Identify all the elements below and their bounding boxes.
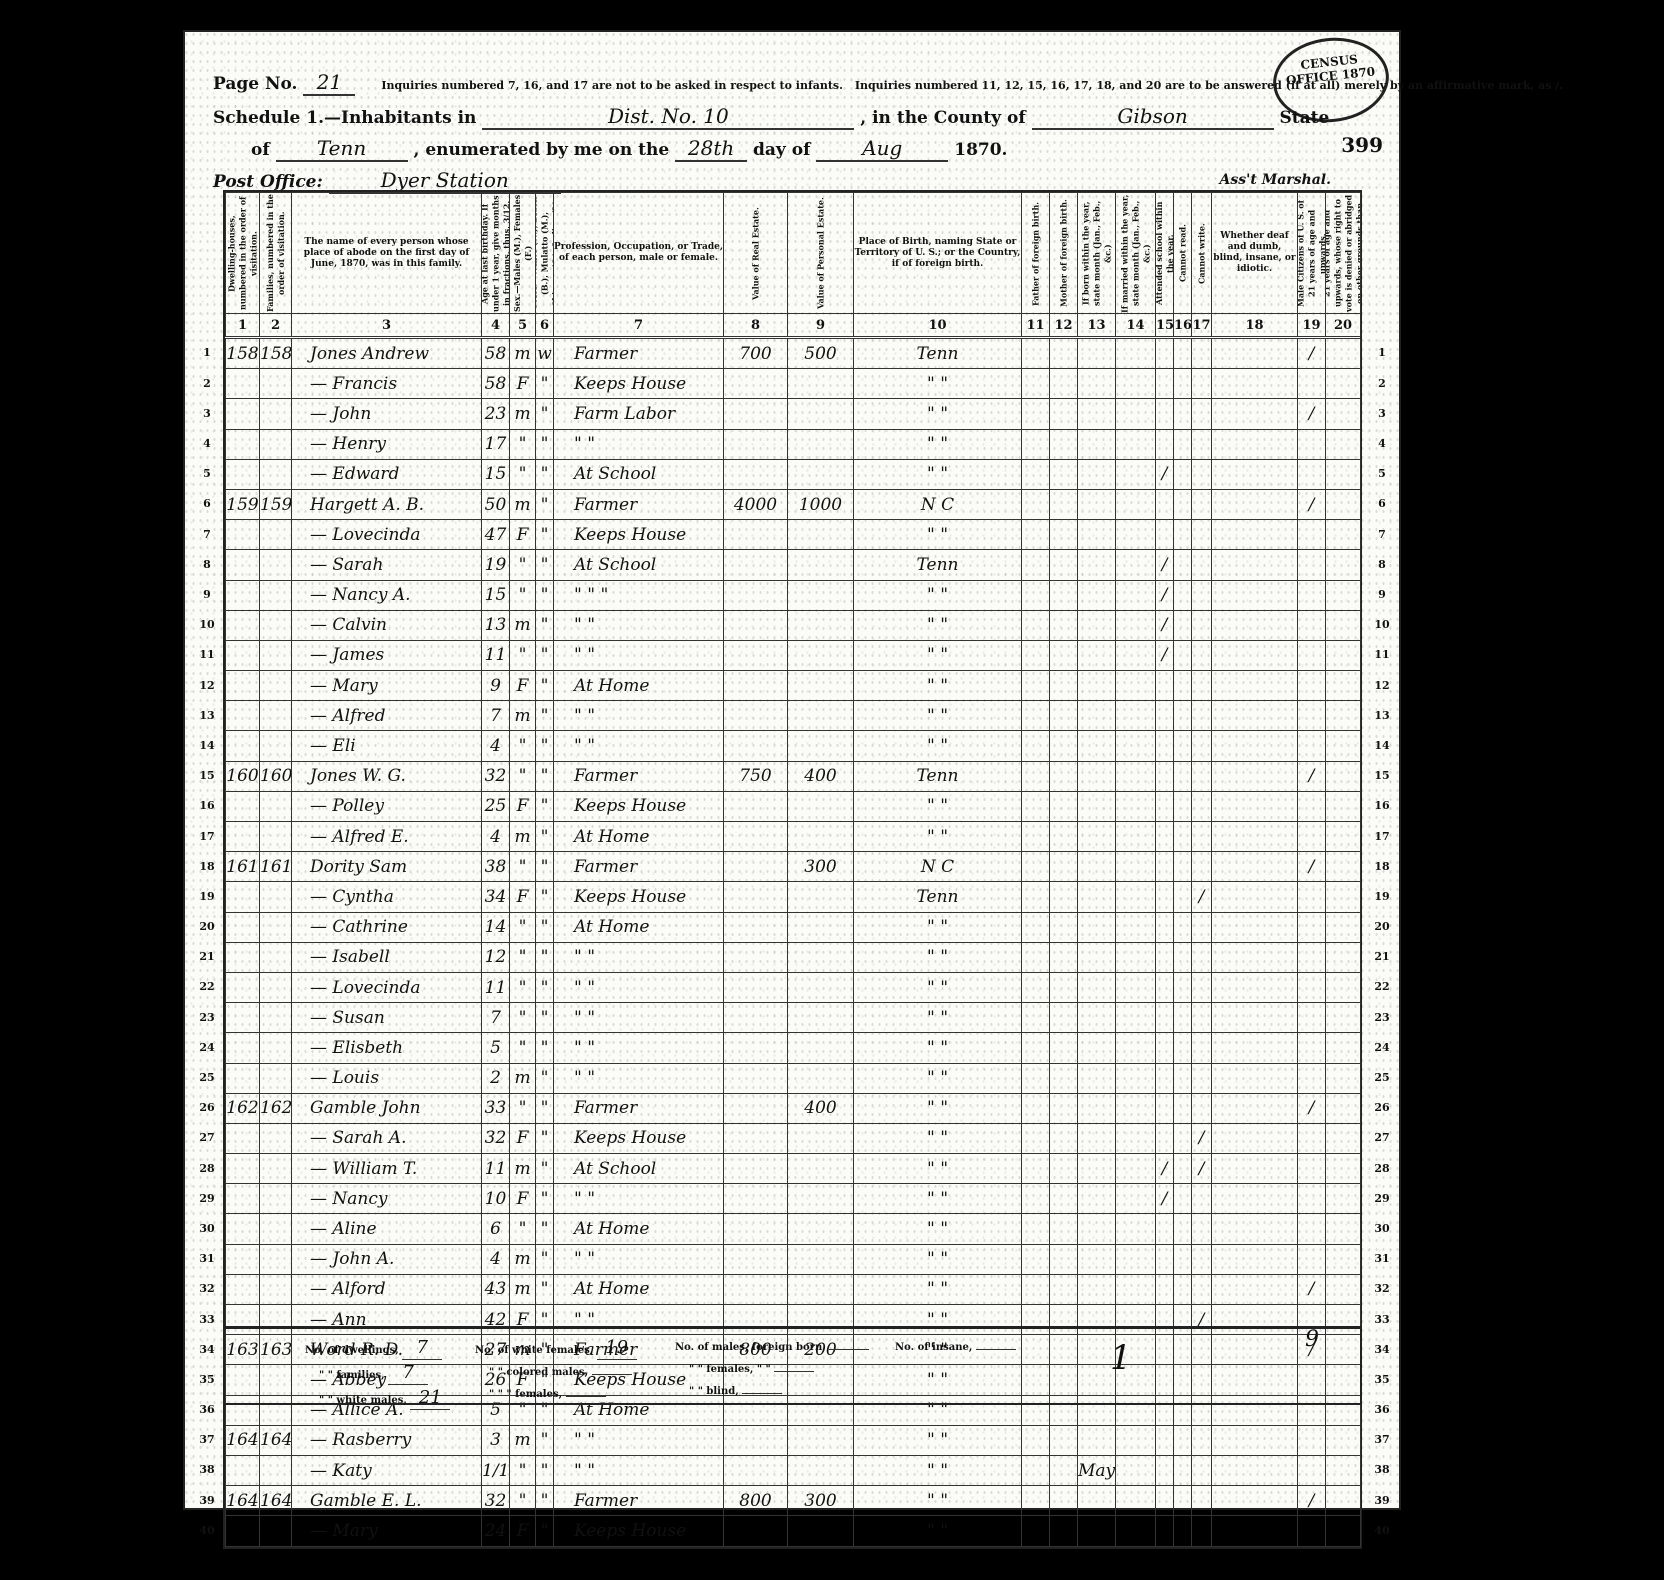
age: 10: [482, 1184, 510, 1214]
age: 32: [482, 761, 510, 791]
personal-estate-value: 500: [788, 338, 854, 369]
mother-foreign: [1050, 459, 1078, 489]
color: ": [536, 731, 554, 761]
attended-school: /: [1156, 610, 1174, 640]
person-name: Jones W. G.: [292, 761, 482, 791]
attended-school: /: [1156, 1184, 1174, 1214]
vote-denied: [1326, 1214, 1361, 1244]
color: ": [536, 912, 554, 942]
male-citizen: [1298, 882, 1326, 912]
personal-estate-value: [788, 942, 854, 972]
age: 19: [482, 550, 510, 580]
born-month: [1078, 822, 1116, 852]
mother-foreign: [1050, 338, 1078, 369]
color: ": [536, 1184, 554, 1214]
real-estate-value: [724, 399, 788, 429]
personal-estate-value: [788, 640, 854, 670]
mother-foreign: [1050, 1274, 1078, 1304]
dwelling-number: 164: [226, 1486, 260, 1516]
foreign-females-count: [774, 1371, 814, 1372]
cannot-read: [1174, 338, 1192, 369]
mother-foreign: [1050, 882, 1078, 912]
male-citizen: [1298, 671, 1326, 701]
col-header-8: Value of Real Estate.: [724, 193, 788, 314]
person-name: — John: [292, 399, 482, 429]
born-month: [1078, 580, 1116, 610]
col-num: 15: [1156, 314, 1174, 338]
real-estate-value: 700: [724, 338, 788, 369]
vote-denied: [1326, 399, 1361, 429]
married-month: [1116, 580, 1156, 610]
attended-school: [1156, 1274, 1174, 1304]
person-name: — Katy: [292, 1455, 482, 1485]
occupation: " ": [554, 1063, 724, 1093]
line-number: 23: [195, 1011, 219, 1024]
person-name: — Sarah: [292, 550, 482, 580]
table-row: — Katy1/12""" "" "May: [226, 1455, 1361, 1485]
line-number: 24: [1370, 1041, 1394, 1054]
sex: F: [510, 671, 536, 701]
occupation: At School: [554, 1154, 724, 1184]
person-name: — Isabell: [292, 942, 482, 972]
male-citizen: [1298, 1003, 1326, 1033]
sex: ": [510, 761, 536, 791]
mother-foreign: [1050, 822, 1078, 852]
white-males-label: " " white males,: [319, 1395, 407, 1406]
father-foreign: [1022, 520, 1050, 550]
person-name: Gamble E. L.: [292, 1486, 482, 1516]
born-month: [1078, 1003, 1116, 1033]
real-estate-value: [724, 1063, 788, 1093]
age: 12: [482, 942, 510, 972]
real-estate-value: [724, 671, 788, 701]
birthplace: Tenn: [854, 761, 1022, 791]
real-estate-value: [724, 1003, 788, 1033]
married-month: [1116, 731, 1156, 761]
person-name: — Francis: [292, 369, 482, 399]
attended-school: [1156, 1455, 1174, 1485]
mother-foreign: [1050, 731, 1078, 761]
cannot-read: [1174, 1154, 1192, 1184]
line-number: 6: [1370, 497, 1394, 510]
table-row: — Polley25F"Keeps House" ": [226, 791, 1361, 821]
color: ": [536, 1214, 554, 1244]
color: ": [536, 972, 554, 1002]
married-month: [1116, 701, 1156, 731]
dwelling-number: [226, 731, 260, 761]
born-month: [1078, 369, 1116, 399]
cannot-read: [1174, 701, 1192, 731]
birthplace: Tenn: [854, 338, 1022, 369]
cannot-read: [1174, 1516, 1192, 1546]
color: ": [536, 761, 554, 791]
attended-school: [1156, 1214, 1174, 1244]
male-citizen: /: [1298, 852, 1326, 882]
line-number: 5: [195, 467, 219, 480]
line-number: 4: [195, 437, 219, 450]
sex: m: [510, 1274, 536, 1304]
insane-count: [976, 1349, 1016, 1350]
cannot-read: [1174, 1123, 1192, 1153]
color: ": [536, 852, 554, 882]
col-num: 7: [554, 314, 724, 338]
dwelling-number: 161: [226, 852, 260, 882]
age: 58: [482, 338, 510, 369]
table-row: — Mary9F"At Home" ": [226, 671, 1361, 701]
person-name: — John A.: [292, 1244, 482, 1274]
col-header-17: Cannot write.: [1192, 193, 1212, 314]
mother-foreign: [1050, 1093, 1078, 1123]
cannot-write: [1192, 852, 1212, 882]
col-num: 14: [1116, 314, 1156, 338]
sex: F: [510, 882, 536, 912]
personal-estate-value: [788, 1425, 854, 1455]
line-number: 19: [1370, 890, 1394, 903]
cannot-read: [1174, 1425, 1192, 1455]
born-month: [1078, 1516, 1116, 1546]
birthplace: " ": [854, 459, 1022, 489]
line-number: 15: [195, 769, 219, 782]
cannot-read: [1174, 822, 1192, 852]
family-number: 159: [260, 489, 292, 519]
person-name: — Elisbeth: [292, 1033, 482, 1063]
family-number: [260, 1274, 292, 1304]
deaf-blind-insane: [1212, 1244, 1298, 1274]
page-number-value: 21: [303, 70, 355, 96]
age: 32: [482, 1123, 510, 1153]
birthplace: " ": [854, 1184, 1022, 1214]
colored-females-count: [566, 1396, 606, 1397]
dwelling-number: [226, 1033, 260, 1063]
real-estate-value: [724, 1274, 788, 1304]
married-month: [1116, 972, 1156, 1002]
cannot-write: [1192, 1516, 1212, 1546]
deaf-blind-insane: [1212, 761, 1298, 791]
age: 25: [482, 791, 510, 821]
personal-estate-value: [788, 459, 854, 489]
age: 14: [482, 912, 510, 942]
family-number: [260, 399, 292, 429]
person-name: — Cathrine: [292, 912, 482, 942]
male-citizen: [1298, 912, 1326, 942]
dwelling-number: [226, 429, 260, 459]
dwelling-number: [226, 1154, 260, 1184]
born-month: [1078, 1184, 1116, 1214]
born-month: [1078, 972, 1116, 1002]
cannot-write: /: [1192, 1123, 1212, 1153]
cannot-read: [1174, 640, 1192, 670]
color: ": [536, 399, 554, 429]
birthplace: " ": [854, 610, 1022, 640]
real-estate-value: [724, 912, 788, 942]
born-month: [1078, 1093, 1116, 1123]
color: ": [536, 1033, 554, 1063]
line-number: 5: [1370, 467, 1394, 480]
family-number: [260, 1455, 292, 1485]
born-month: [1078, 550, 1116, 580]
col-num: 9: [788, 314, 854, 338]
family-number: 160: [260, 761, 292, 791]
real-estate-value: [724, 1093, 788, 1123]
line-number: 33: [195, 1313, 219, 1326]
marshal-label: Ass't Marshal.: [1219, 172, 1331, 188]
birthplace: " ": [854, 399, 1022, 429]
person-name: Hargett A. B.: [292, 489, 482, 519]
col19-total: 9: [1305, 1329, 1319, 1351]
dwelling-number: [226, 1003, 260, 1033]
father-foreign: [1022, 1244, 1050, 1274]
attended-school: [1156, 489, 1174, 519]
personal-estate-value: [788, 520, 854, 550]
male-citizen: [1298, 429, 1326, 459]
married-month: [1116, 1063, 1156, 1093]
line-number: 2: [1370, 377, 1394, 390]
male-citizen: [1298, 942, 1326, 972]
dwellings-label: No. of dwellings,: [305, 1345, 399, 1356]
married-month: [1116, 429, 1156, 459]
father-foreign: [1022, 1455, 1050, 1485]
dwelling-number: [226, 1063, 260, 1093]
age: 38: [482, 852, 510, 882]
real-estate-value: [724, 1184, 788, 1214]
col-header-11: Father of foreign birth.: [1022, 193, 1050, 314]
vote-denied: [1326, 550, 1361, 580]
line-number: 10: [1370, 618, 1394, 631]
line-number: 4: [1370, 437, 1394, 450]
age: 3: [482, 1425, 510, 1455]
father-foreign: [1022, 912, 1050, 942]
table-row: — Isabell12""" "" ": [226, 942, 1361, 972]
attended-school: [1156, 852, 1174, 882]
foreign-females-label: " " females, " ": [689, 1364, 771, 1375]
occupation: " ": [554, 429, 724, 459]
dwelling-number: [226, 550, 260, 580]
line-number: 29: [195, 1192, 219, 1205]
table-row: — William T.11m"At School" "//: [226, 1154, 1361, 1184]
sex: F: [510, 1516, 536, 1546]
birthplace: " ": [854, 1516, 1022, 1546]
age: 2: [482, 1063, 510, 1093]
mother-foreign: [1050, 610, 1078, 640]
line-number: 15: [1370, 769, 1394, 782]
cannot-write: [1192, 701, 1212, 731]
cannot-write: [1192, 399, 1212, 429]
line-number: 31: [1370, 1252, 1394, 1265]
real-estate-value: [724, 791, 788, 821]
family-number: [260, 822, 292, 852]
real-estate-value: [724, 610, 788, 640]
vote-denied: [1326, 1244, 1361, 1274]
family-number: [260, 701, 292, 731]
attended-school: [1156, 1425, 1174, 1455]
dwelling-number: [226, 1184, 260, 1214]
birthplace: " ": [854, 671, 1022, 701]
table-row: 161161Dority Sam38""Farmer300N C/: [226, 852, 1361, 882]
family-number: 161: [260, 852, 292, 882]
cannot-write: [1192, 972, 1212, 1002]
married-month: [1116, 399, 1156, 429]
deaf-blind-insane: [1212, 399, 1298, 429]
col-num: 16: [1174, 314, 1192, 338]
line-number: 39: [195, 1494, 219, 1507]
col-num: 4: [482, 314, 510, 338]
table-row: — Louis2m"" "" ": [226, 1063, 1361, 1093]
deaf-blind-insane: [1212, 1184, 1298, 1214]
deaf-blind-insane: [1212, 1033, 1298, 1063]
vote-denied: [1326, 1033, 1361, 1063]
vote-denied: [1326, 1516, 1361, 1546]
birthplace: " ": [854, 972, 1022, 1002]
father-foreign: [1022, 1425, 1050, 1455]
sex: F: [510, 791, 536, 821]
age: 11: [482, 1154, 510, 1184]
color: ": [536, 1274, 554, 1304]
line-number: 26: [195, 1101, 219, 1114]
born-month: [1078, 761, 1116, 791]
deaf-blind-insane: [1212, 671, 1298, 701]
col-num: 5: [510, 314, 536, 338]
personal-estate-value: [788, 1123, 854, 1153]
father-foreign: [1022, 822, 1050, 852]
attended-school: [1156, 399, 1174, 429]
real-estate-value: [724, 459, 788, 489]
mother-foreign: [1050, 1063, 1078, 1093]
vote-denied: [1326, 489, 1361, 519]
color: ": [536, 610, 554, 640]
deaf-blind-insane: [1212, 1274, 1298, 1304]
cannot-write: [1192, 369, 1212, 399]
family-number: 158: [260, 338, 292, 369]
table-row: — Alfred E.4m"At Home" ": [226, 822, 1361, 852]
father-foreign: [1022, 1033, 1050, 1063]
page-number-label: Page No.: [213, 74, 297, 94]
col-header-2: Families, numbered in the order of visit…: [260, 193, 292, 314]
dwelling-number: [226, 399, 260, 429]
male-citizen: [1298, 610, 1326, 640]
table-row: — James11""" "" "/: [226, 640, 1361, 670]
line-number: 28: [1370, 1162, 1394, 1175]
vote-denied: [1326, 520, 1361, 550]
table-row: — Edward15""At School" "/: [226, 459, 1361, 489]
deaf-blind-insane: [1212, 369, 1298, 399]
table-row: — Henry17""" "" ": [226, 429, 1361, 459]
table-row: — Aline6""At Home" ": [226, 1214, 1361, 1244]
table-row: — Sarah19""At SchoolTenn/: [226, 550, 1361, 580]
line-number: 40: [1370, 1524, 1394, 1537]
vote-denied: [1326, 580, 1361, 610]
census-page: CENSUS OFFICE 1870 Page No. 21 Inquiries…: [183, 30, 1401, 1510]
cannot-write: [1192, 550, 1212, 580]
birthplace: " ": [854, 942, 1022, 972]
born-month: [1078, 1154, 1116, 1184]
father-foreign: [1022, 1184, 1050, 1214]
cannot-write: [1192, 731, 1212, 761]
line-number: 3: [195, 407, 219, 420]
age: 13: [482, 610, 510, 640]
line-number: 40: [195, 1524, 219, 1537]
attended-school: [1156, 942, 1174, 972]
of-label: of: [251, 140, 270, 160]
married-month: [1116, 1214, 1156, 1244]
person-name: — Edward: [292, 459, 482, 489]
deaf-blind-insane: [1212, 610, 1298, 640]
table-row: 164164Gamble E. L.32""Farmer800300" "/: [226, 1486, 1361, 1516]
family-number: 164: [260, 1425, 292, 1455]
deaf-blind-insane: [1212, 1516, 1298, 1546]
line-number: 9: [1370, 588, 1394, 601]
mother-foreign: [1050, 1003, 1078, 1033]
day-of-label: day of: [753, 140, 810, 160]
married-month: [1116, 1003, 1156, 1033]
col-header-13: If born within the year, state month (Ja…: [1078, 193, 1116, 314]
line-number: 21: [1370, 950, 1394, 963]
attended-school: [1156, 912, 1174, 942]
father-foreign: [1022, 399, 1050, 429]
person-name: — Mary: [292, 671, 482, 701]
family-number: [260, 791, 292, 821]
father-foreign: [1022, 972, 1050, 1002]
year-value: 1870.: [954, 140, 1007, 160]
married-month: [1116, 912, 1156, 942]
occupation: Keeps House: [554, 791, 724, 821]
person-name: — Polley: [292, 791, 482, 821]
vote-denied: [1326, 1063, 1361, 1093]
line-number: 18: [1370, 860, 1394, 873]
male-citizen: [1298, 701, 1326, 731]
page-summary: No. of dwellings, 7 " " families, 7 " " …: [223, 1326, 1362, 1405]
cannot-write: [1192, 489, 1212, 519]
age: 34: [482, 882, 510, 912]
col-header-9: Value of Personal Estate.: [788, 193, 854, 314]
vote-denied: [1326, 791, 1361, 821]
born-month: May: [1078, 1455, 1116, 1485]
father-foreign: [1022, 1516, 1050, 1546]
married-month: [1116, 610, 1156, 640]
vote-denied: [1326, 429, 1361, 459]
deaf-blind-insane: [1212, 1455, 1298, 1485]
cannot-read: [1174, 610, 1192, 640]
line-number: 7: [195, 528, 219, 541]
dwelling-number: 164: [226, 1425, 260, 1455]
line-number: 27: [195, 1131, 219, 1144]
person-name: — William T.: [292, 1154, 482, 1184]
age: 24: [482, 1516, 510, 1546]
line-number: 32: [1370, 1282, 1394, 1295]
occupation: " ": [554, 1455, 724, 1485]
attended-school: [1156, 369, 1174, 399]
sex: F: [510, 1123, 536, 1153]
age: 5: [482, 1033, 510, 1063]
mother-foreign: [1050, 1486, 1078, 1516]
mother-foreign: [1050, 520, 1078, 550]
personal-estate-value: [788, 399, 854, 429]
male-citizen: [1298, 822, 1326, 852]
sex: ": [510, 1003, 536, 1033]
born-month: [1078, 1425, 1116, 1455]
col-header-5: Sex.—Males (M.), Females (F.): [510, 193, 536, 314]
birthplace: " ": [854, 580, 1022, 610]
born-month: [1078, 852, 1116, 882]
father-foreign: [1022, 882, 1050, 912]
cannot-write: [1192, 580, 1212, 610]
attended-school: [1156, 1123, 1174, 1153]
line-number: 9: [195, 588, 219, 601]
attended-school: /: [1156, 640, 1174, 670]
occupation: " ": [554, 1244, 724, 1274]
sex: m: [510, 338, 536, 369]
color: ": [536, 671, 554, 701]
inhabitants-in-value: Dist. No. 10: [482, 104, 854, 130]
